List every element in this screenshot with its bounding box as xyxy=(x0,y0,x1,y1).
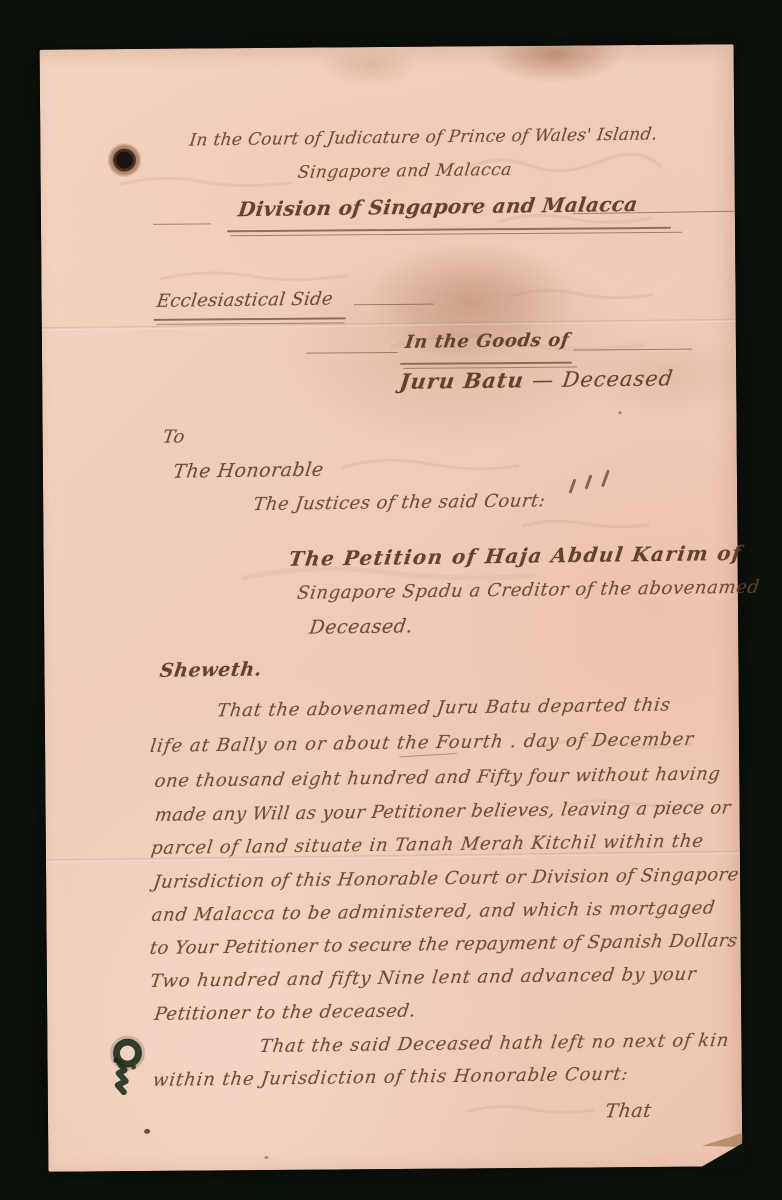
body-line: That the said Deceased hath left no next… xyxy=(259,1032,731,1056)
pen-dash-before-division xyxy=(153,223,211,225)
corner-fold-cut xyxy=(698,1142,744,1168)
stray-ink-tick-2 xyxy=(585,474,592,489)
goods-underline-1 xyxy=(400,362,572,365)
paper-speck xyxy=(144,1129,150,1134)
body-line: and Malacca to be administered, and whic… xyxy=(150,900,716,925)
division-underline-2 xyxy=(230,232,682,237)
address-to: To xyxy=(162,428,186,446)
paper-speck xyxy=(618,411,621,414)
pen-dash-after-ecclesiastical xyxy=(354,304,434,306)
pen-dash-right-of-goods xyxy=(574,349,692,351)
address-justices: The Justices of the said Court: xyxy=(252,492,546,514)
body-line: That the abovenamed Juru Batu departed t… xyxy=(216,696,672,720)
body-line: within the Jurisdiction of this Honorabl… xyxy=(152,1066,630,1090)
catchword: That xyxy=(604,1102,653,1122)
address-honorable: The Honorable xyxy=(172,461,325,482)
deceased-status: Deceased xyxy=(561,366,675,391)
deceased-name-line: Juru Batu — Deceased xyxy=(398,367,674,393)
court-header-line3: Division of Singapore and Malacca xyxy=(237,194,639,219)
ink-blot-seal xyxy=(103,1033,152,1099)
paper-speck xyxy=(264,1156,268,1159)
scanned-document-photo: { "page": { "background_color": "#0d120d… xyxy=(0,0,782,1200)
punch-hole-top xyxy=(107,143,141,177)
body-line: to Your Petitioner to secure the repayme… xyxy=(149,932,739,958)
body-line: made any Will as your Petitioner believe… xyxy=(154,799,732,825)
ecclesiastical-underline-1 xyxy=(154,317,346,321)
body-line: Petitioner to the deceased. xyxy=(153,1002,417,1023)
court-header-line1: In the Court of Judicature of Prince of … xyxy=(188,126,658,149)
court-header-line2: Singapore and Malacca xyxy=(297,162,513,182)
fourth-flourish-underline xyxy=(399,753,457,758)
sheweth-label: Sheweth. xyxy=(159,660,264,680)
pen-dash-left-of-goods xyxy=(306,352,398,354)
body-line: one thousand eight hundred and Fifty fou… xyxy=(153,765,721,790)
body-line: life at Bally on or about the Fourth . d… xyxy=(149,731,695,756)
petition-line1: The Petition of Haja Abdul Karim of xyxy=(288,543,744,569)
deceased-separator: — xyxy=(531,368,556,392)
fold-crease-upper xyxy=(42,319,736,330)
goods-heading: In the Goods of xyxy=(404,332,570,352)
petition-line2: Singapore Spadu a Creditor of the aboven… xyxy=(296,579,761,603)
deceased-name: Juru Batu xyxy=(398,367,525,394)
document-page: In the Court of Judicature of Prince of … xyxy=(40,44,743,1171)
stray-ink-tick-3 xyxy=(601,469,609,487)
body-line: Jurisdiction of this Honorable Court or … xyxy=(152,866,740,892)
body-line: Two hundred and fifty Nine lent and adva… xyxy=(149,966,698,991)
petition-line3: Deceased. xyxy=(308,617,414,637)
ecclesiastical-label: Ecclesiastical Side xyxy=(156,291,334,311)
stray-ink-tick-1 xyxy=(569,479,576,494)
